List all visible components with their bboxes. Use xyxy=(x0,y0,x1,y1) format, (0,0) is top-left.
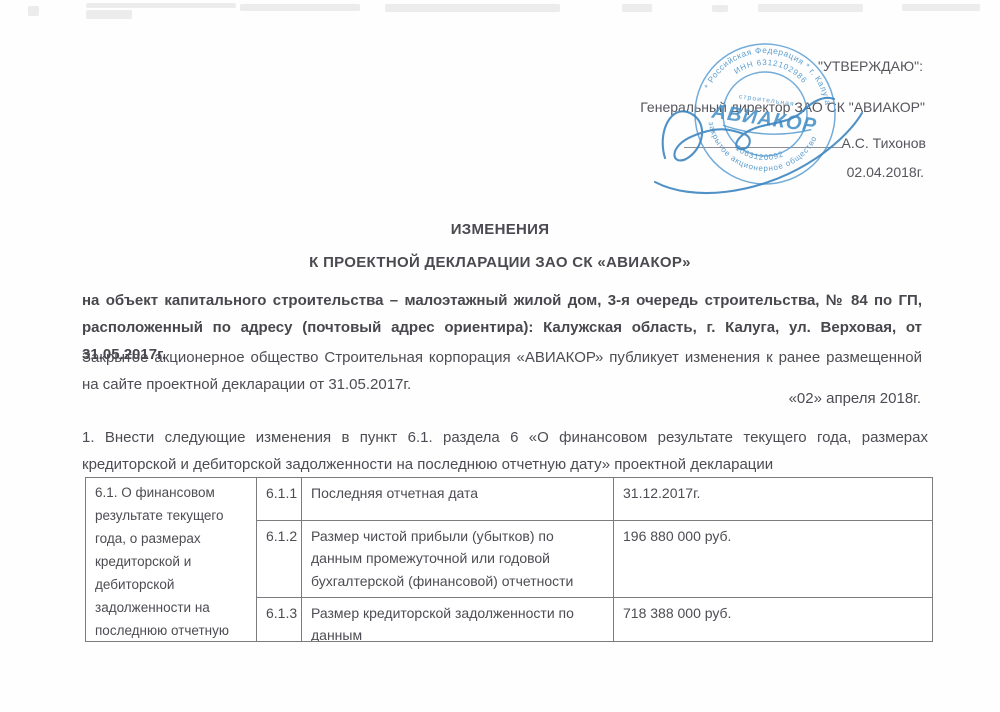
row-6-1-1-num: 6.1.1 xyxy=(256,478,301,520)
row-6-1-2-desc: Размер чистой прибыли (убытков) по данны… xyxy=(301,520,613,597)
scan-artifact xyxy=(385,4,560,12)
doc-subtitle: К ПРОЕКТНОЙ ДЕКЛАРАЦИИ ЗАО СК «АВИАКОР» xyxy=(0,254,1000,271)
scan-artifact xyxy=(758,4,863,12)
doc-title: ИЗМЕНЕНИЯ xyxy=(0,221,1000,238)
publication-date: «02» апреля 2018г. xyxy=(789,390,921,407)
amendment-paragraph: 1. Внести следующие изменения в пункт 6.… xyxy=(82,424,928,478)
row-6-1-1-desc: Последняя отчетная дата xyxy=(301,478,613,520)
financial-table: 6.1. О финансовом результате текущего го… xyxy=(85,477,933,642)
scan-artifact xyxy=(902,4,980,11)
row-6-1-3-desc: Размер кредиторской задолженности по дан… xyxy=(301,597,613,641)
row-6-1-2-num: 6.1.2 xyxy=(256,520,301,597)
company-seal: * Российская Федерация * г. Калуга ИНН 6… xyxy=(645,36,885,206)
row-6-1-2-value: 196 880 000 руб. xyxy=(613,520,932,597)
scan-artifact xyxy=(28,6,39,16)
row-6-1-1-value: 31.12.2017г. xyxy=(613,478,932,520)
section-label-cell: 6.1. О финансовом результате текущего го… xyxy=(86,478,256,641)
scan-artifact xyxy=(86,3,236,8)
scan-artifact xyxy=(86,10,132,19)
row-6-1-3-value: 718 388 000 руб. xyxy=(613,597,932,641)
scan-artifact xyxy=(712,5,728,12)
scan-artifact xyxy=(622,4,652,12)
scan-artifact xyxy=(240,4,360,11)
row-6-1-3-num: 6.1.3 xyxy=(256,597,301,641)
